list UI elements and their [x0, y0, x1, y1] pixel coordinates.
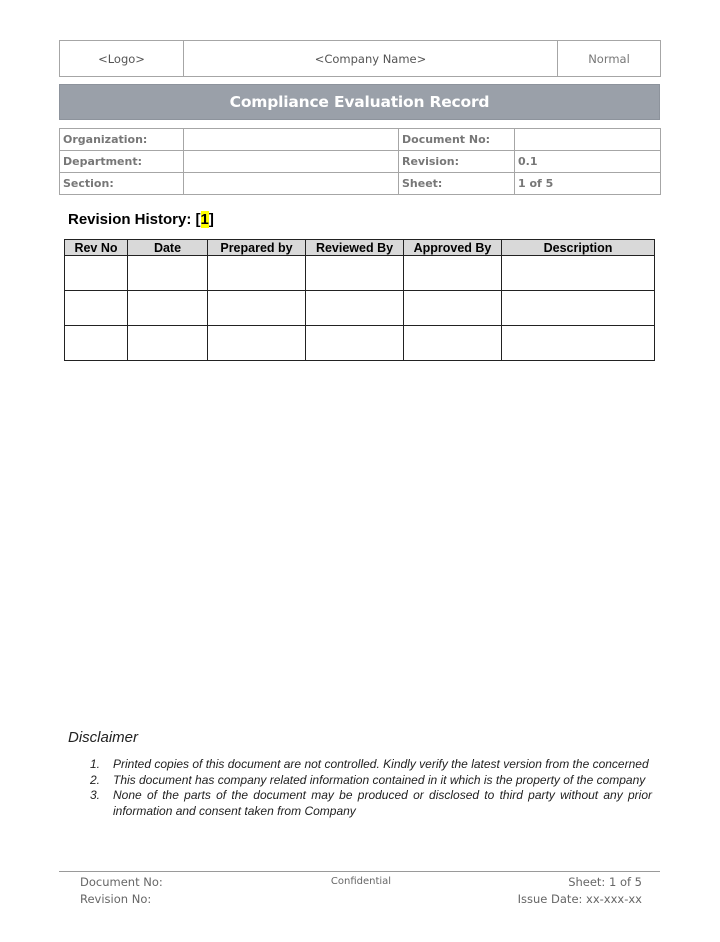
disclaimer-item-number: 1.: [90, 757, 100, 773]
revision-label: Revision:: [399, 151, 515, 173]
sheet-value[interactable]: 1 of 5: [515, 173, 661, 195]
column-header-description: Description: [502, 240, 655, 256]
disclaimer-item-text: Printed copies of this document are not …: [113, 757, 649, 771]
prepared-by-cell[interactable]: [208, 326, 306, 361]
disclaimer-item: 2.This document has company related info…: [90, 773, 652, 789]
column-header-rev-no: Rev No: [65, 240, 128, 256]
disclaimer-list: 1.Printed copies of this document are no…: [90, 757, 652, 819]
document-title: Compliance Evaluation Record: [59, 84, 660, 120]
table-row: [65, 256, 655, 291]
prepared-by-cell[interactable]: [208, 256, 306, 291]
approved-by-cell[interactable]: [404, 256, 502, 291]
document-info-table: Organization: Document No: Department: R…: [59, 128, 661, 195]
department-label: Department:: [60, 151, 184, 173]
revision-history-heading: Revision History: [1]: [68, 211, 214, 228]
reviewed-by-cell[interactable]: [306, 326, 404, 361]
document-no-value[interactable]: [515, 129, 661, 151]
revision-value[interactable]: 0.1: [515, 151, 661, 173]
approved-by-cell[interactable]: [404, 291, 502, 326]
rev-no-cell[interactable]: [65, 326, 128, 361]
column-header-approved-by: Approved By: [404, 240, 502, 256]
column-header-prepared-by: Prepared by: [208, 240, 306, 256]
rev-no-cell[interactable]: [65, 291, 128, 326]
description-cell[interactable]: [502, 256, 655, 291]
department-value[interactable]: [184, 151, 399, 173]
disclaimer-heading: Disclaimer: [68, 729, 138, 746]
document-header: <Logo> <Company Name> Normal: [59, 40, 661, 77]
column-header-reviewed-by: Reviewed By: [306, 240, 404, 256]
date-cell[interactable]: [128, 256, 208, 291]
disclaimer-item-text: None of the parts of the document may be…: [113, 788, 652, 818]
classification-label: Normal: [558, 41, 661, 77]
footer-issue-date: Issue Date: xx-xxx-xx: [518, 892, 642, 906]
reviewed-by-cell[interactable]: [306, 256, 404, 291]
table-row: [65, 326, 655, 361]
date-cell[interactable]: [128, 291, 208, 326]
section-label: Section:: [60, 173, 184, 195]
revision-count-highlight: 1: [201, 211, 209, 228]
disclaimer-item-text: This document has company related inform…: [113, 773, 645, 787]
disclaimer-item: 3.None of the parts of the document may …: [90, 788, 652, 819]
prepared-by-cell[interactable]: [208, 291, 306, 326]
organization-value[interactable]: [184, 129, 399, 151]
footer-confidential: Confidential: [80, 873, 642, 890]
column-header-date: Date: [128, 240, 208, 256]
disclaimer-item: 1.Printed copies of this document are no…: [90, 757, 652, 773]
section-value[interactable]: [184, 173, 399, 195]
table-row: [65, 291, 655, 326]
footer-divider: [59, 871, 660, 872]
date-cell[interactable]: [128, 326, 208, 361]
document-no-label: Document No:: [399, 129, 515, 151]
reviewed-by-cell[interactable]: [306, 291, 404, 326]
revision-heading-prefix: Revision History: [: [68, 211, 201, 228]
footer-revision-no: Revision No:: [80, 892, 230, 906]
disclaimer-item-number: 2.: [90, 773, 100, 789]
rev-no-cell[interactable]: [65, 256, 128, 291]
description-cell[interactable]: [502, 291, 655, 326]
company-name: <Company Name>: [184, 41, 558, 77]
approved-by-cell[interactable]: [404, 326, 502, 361]
page-footer: Confidential Document No: Sheet: 1 of 5 …: [80, 873, 642, 907]
description-cell[interactable]: [502, 326, 655, 361]
organization-label: Organization:: [60, 129, 184, 151]
logo-placeholder: <Logo>: [60, 41, 184, 77]
revision-heading-suffix: ]: [209, 211, 214, 228]
sheet-label: Sheet:: [399, 173, 515, 195]
revision-history-table: Rev No Date Prepared by Reviewed By Appr…: [64, 239, 655, 361]
disclaimer-item-number: 3.: [90, 788, 100, 804]
